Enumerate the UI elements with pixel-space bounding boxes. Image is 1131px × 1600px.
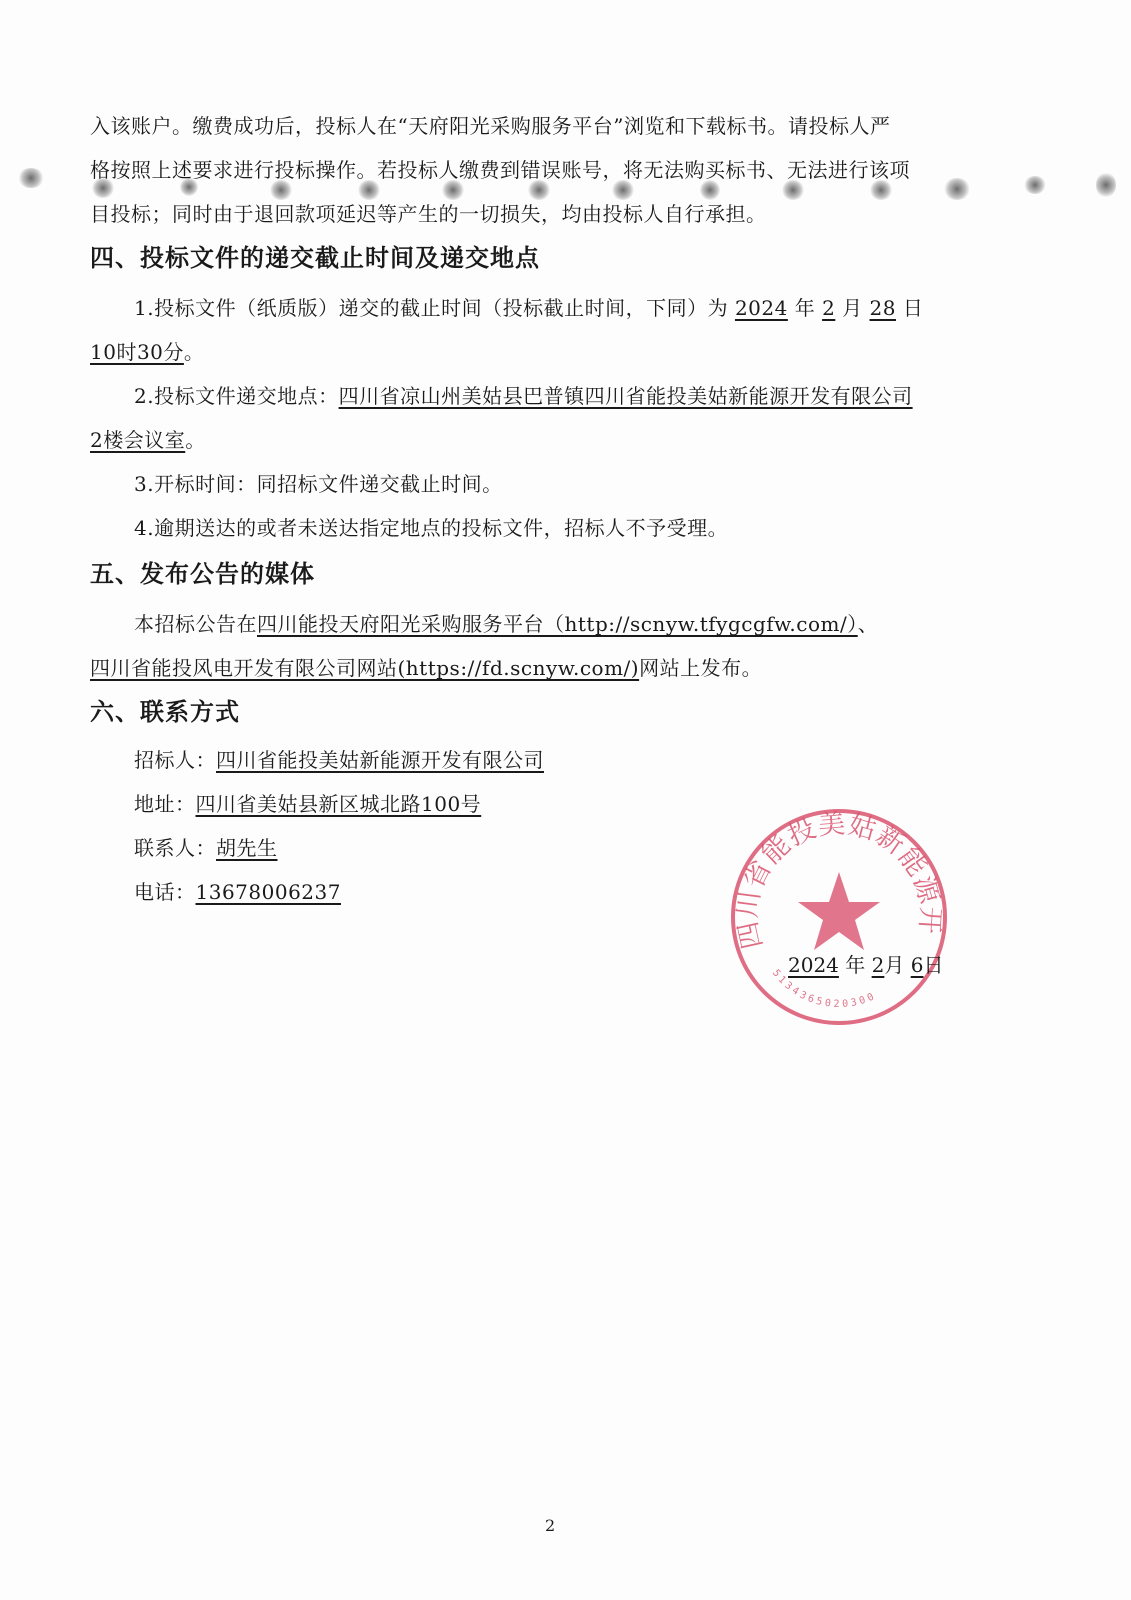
item2-prefix: 2.投标文件递交地点： (134, 384, 339, 408)
punctuation: 。 (184, 340, 205, 364)
deadline-month: 2 (822, 296, 835, 320)
punctuation: 、 (858, 612, 879, 636)
deadline-day-unit: 日 (903, 296, 924, 320)
section5-suffix: 网站上发布。 (639, 656, 762, 680)
address-value: 四川省美姑县新区城北路100号 (196, 792, 482, 816)
scan-smudge (1096, 172, 1116, 198)
platform-link-1[interactable]: 四川能投天府阳光采购服务平台（http://scnyw.tfygcgfw.com… (257, 612, 858, 636)
contact-label: 联系人： (134, 836, 216, 860)
document-page: 入该账户。缴费成功后，投标人在“天府阳光采购服务平台”浏览和下载标书。请投标人严… (0, 0, 1131, 1600)
phone-value: 13678006237 (196, 880, 341, 904)
section4-item2: 2.投标文件递交地点：四川省凉山州美姑县巴普镇四川省能投美姑新能源开发有限公司 (134, 382, 913, 410)
paragraph-line: 入该账户。缴费成功后，投标人在“天府阳光采购服务平台”浏览和下载标书。请投标人严 (90, 112, 890, 140)
item1-prefix: 1.投标文件（纸质版）递交的截止时间（投标截止时间，下同）为 (134, 296, 728, 320)
section5-line1: 本招标公告在四川能投天府阳光采购服务平台（http://scnyw.tfygcg… (134, 610, 878, 638)
submission-address: 四川省凉山州美姑县巴普镇四川省能投美姑新能源开发有限公司 (339, 384, 913, 408)
deadline-month-unit: 月 (842, 296, 863, 320)
section5-line2: 四川省能投风电开发有限公司网站(https://fd.scnyw.com/)网站… (90, 654, 762, 682)
phone-row: 电话：13678006237 (134, 878, 341, 906)
paragraph-line: 格按照上述要求进行投标操作。若投标人缴费到错误账号，将无法购买标书、无法进行该项 (90, 156, 910, 184)
scan-smudge (944, 178, 970, 200)
official-seal-icon: 四川省能投美姑新能源开发有限公司 5134365020300 (728, 806, 950, 1028)
tenderer-row: 招标人：四川省能投美姑新能源开发有限公司 (134, 746, 544, 774)
submission-room: 2楼会议室 (90, 428, 185, 452)
date-month: 2 (872, 953, 885, 977)
address-row: 地址：四川省美姑县新区城北路100号 (134, 790, 481, 818)
section5-prefix: 本招标公告在 (134, 612, 257, 636)
date-year: 2024 (788, 953, 839, 977)
deadline-year-unit: 年 (795, 296, 816, 320)
section4-item3: 3.开标时间：同招标文件递交截止时间。 (134, 470, 503, 498)
tenderer-label: 招标人： (134, 748, 216, 772)
deadline-time: 10时30分 (90, 340, 184, 364)
page-number: 2 (545, 1516, 555, 1535)
signature-date: 2024 年 2月 6日 (788, 951, 943, 979)
deadline-year: 2024 (735, 296, 788, 320)
section-heading-5: 五、发布公告的媒体 (90, 560, 315, 588)
section-heading-4: 四、投标文件的递交截止时间及递交地点 (90, 244, 540, 272)
scan-smudge (1024, 176, 1046, 194)
paragraph-line: 目投标；同时由于退回款项延迟等产生的一切损失，均由投标人自行承担。 (90, 200, 767, 228)
contact-value: 胡先生 (216, 836, 278, 860)
section4-item1-cont: 10时30分。 (90, 338, 204, 366)
phone-label: 电话： (134, 880, 196, 904)
scan-smudge (18, 168, 44, 188)
section4-item2-cont: 2楼会议室。 (90, 426, 206, 454)
date-month-unit: 月 (884, 953, 904, 977)
section4-item1: 1.投标文件（纸质版）递交的截止时间（投标截止时间，下同）为 2024 年 2 … (134, 294, 923, 322)
address-label: 地址： (134, 792, 196, 816)
date-day: 6 (911, 953, 924, 977)
section4-item4: 4.逾期送达的或者未送达指定地点的投标文件，招标人不予受理。 (134, 514, 728, 542)
deadline-day: 28 (870, 296, 896, 320)
platform-link-2[interactable]: 四川省能投风电开发有限公司网站(https://fd.scnyw.com/) (90, 656, 639, 680)
contact-row: 联系人：胡先生 (134, 834, 278, 862)
date-day-unit: 日 (923, 953, 943, 977)
tenderer-value: 四川省能投美姑新能源开发有限公司 (216, 748, 544, 772)
punctuation: 。 (185, 428, 206, 452)
section-heading-6: 六、联系方式 (90, 698, 240, 726)
date-year-unit: 年 (845, 953, 865, 977)
